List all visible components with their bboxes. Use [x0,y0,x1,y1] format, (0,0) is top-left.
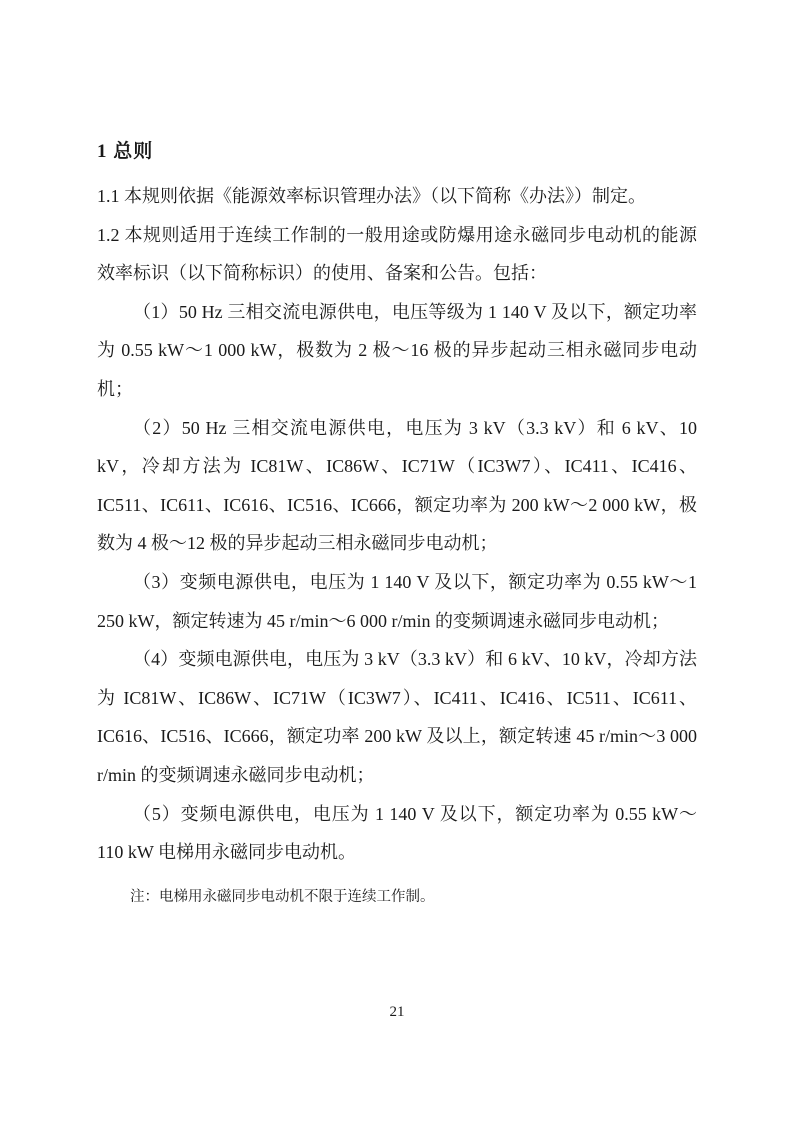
list-item-1: （1）50 Hz 三相交流电源供电，电压等级为 1 140 V 及以下，额定功率… [97,293,697,409]
document-body: 1 总则 1.1 本规则依据《能源效率标识管理办法》（以下简称《办法》）制定。 … [97,132,697,916]
page-number: 21 [0,1000,794,1024]
list-item-4: （4）变频电源供电，电压为 3 kV（3.3 kV）和 6 kV、10 kV，冷… [97,640,697,794]
footnote: 注：电梯用永磁同步电动机不限于连续工作制。 [97,878,697,917]
section-heading: 1 总则 [97,132,697,171]
clause-1-1: 1.1 本规则依据《能源效率标识管理办法》（以下简称《办法》）制定。 [97,177,697,216]
list-item-5: （5）变频电源供电，电压为 1 140 V 及以下，额定功率为 0.55 kW～… [97,795,697,872]
list-item-3: （3）变频电源供电，电压为 1 140 V 及以下，额定功率为 0.55 kW～… [97,563,697,640]
document-page: 1 总则 1.1 本规则依据《能源效率标识管理办法》（以下简称《办法》）制定。 … [0,0,794,1123]
list-item-2: （2）50 Hz 三相交流电源供电，电压为 3 kV（3.3 kV）和 6 kV… [97,409,697,563]
clause-1-2: 1.2 本规则适用于连续工作制的一般用途或防爆用途永磁同步电动机的能源效率标识（… [97,216,697,293]
